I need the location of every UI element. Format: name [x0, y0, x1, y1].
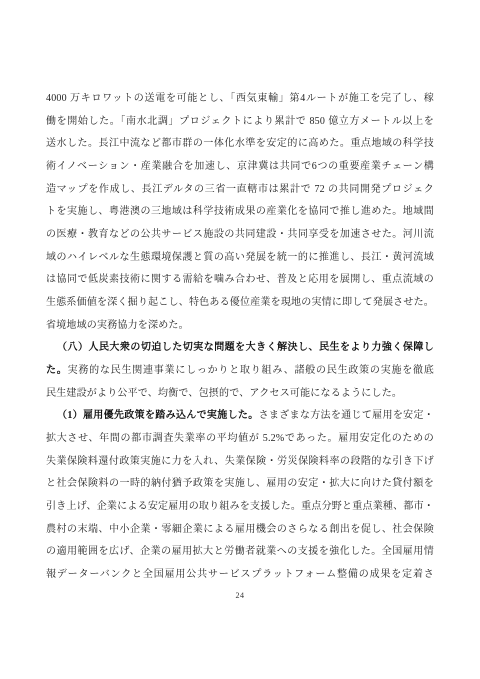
text-segment: 生態系価値を深く掘り起こし、特色ある優位産業を現地の実情に即して発展させた。: [46, 297, 434, 308]
text-block: 4000 万キロワットの送電を可能とし、「西気東輸」第4ルートが施工を完了し、稼…: [46, 88, 434, 587]
text-segment: 拡大させ、年間の都市調査失業率の平均値が 5.2%であった。雇用安定化のための: [46, 433, 434, 444]
bold-text-segment: （八）人民大衆の切迫した切実な問題を大きく解決し、民生をより力強く保障し: [57, 342, 434, 353]
text-segment: 4000 万キロワットの送電を可能とし、「西気東輸」第4ルートが施工を完了し、稼: [46, 93, 434, 104]
document-line: トを実施し、粤港澳の三地域は科学技術成果の産業化を協同で推し進めた。地域間: [46, 201, 434, 224]
document-line: 術イノベーション・産業融合を加速し、京津冀は共同で6つの重要産業チェーン構: [46, 156, 434, 179]
document-line: 働を開始した。「南水北調」プロジェクトにより累計で 850 億立方メートル以上を: [46, 111, 434, 134]
text-segment: トを実施し、粤港澳の三地域は科学技術成果の産業化を協同で推し進めた。地域間: [46, 206, 434, 217]
document-line: 域のハイレベルな生態環境保護と質の高い発展を統一的に推進し、長江・黄河流域: [46, 247, 434, 270]
text-segment: 農村の末端、中小企業・零細企業による雇用機会のさらなる創出を促し、社会保険: [46, 524, 434, 535]
document-line: 民生建設がより公平で、均衡で、包摂的で、アクセス可能になるようにした。: [46, 383, 434, 406]
document-page: 4000 万キロワットの送電を可能とし、「西気東輸」第4ルートが施工を完了し、稼…: [0, 0, 480, 679]
document-line: の医療・教育などの公共サービス施設の共同建設・共同享受を加速させた。河川流: [46, 224, 434, 247]
document-line: （1）雇用優先政策を踏み込んで実施した。さまざまな方法を通じて雇用を安定・: [46, 405, 434, 428]
text-segment: 省境地域の実務協力を深めた。: [46, 320, 189, 331]
text-segment: さまざまな方法を通じて雇用を安定・: [259, 410, 434, 421]
document-line: 引き上げ、企業による安定雇用の取り組みを支援した。重点分野と重点業種、都市・: [46, 496, 434, 519]
document-line: 農村の末端、中小企業・零細企業による雇用機会のさらなる創出を促し、社会保険: [46, 519, 434, 542]
document-line: の適用範囲を広げ、企業の雇用拡大と労働者就業への支援を強化した。全国雇用情: [46, 541, 434, 564]
document-line: 生態系価値を深く掘り起こし、特色ある優位産業を現地の実情に即して発展させた。: [46, 292, 434, 315]
document-line: 省境地域の実務協力を深めた。: [46, 315, 434, 338]
document-line: は協同で低炭素技術に関する需給を噛み合わせ、普及と応用を展開し、重点流域の: [46, 269, 434, 292]
text-segment: 送水した。長江中流など都市群の一体化水準を安定的に高めた。重点地域の科学技: [46, 138, 434, 149]
document-line: 報データーバンクと全国雇用公共サービスプラットフォーム整備の成果を定着さ: [46, 564, 434, 587]
document-line: 送水した。長江中流など都市群の一体化水準を安定的に高めた。重点地域の科学技: [46, 133, 434, 156]
bold-text-segment: た。: [46, 365, 68, 376]
document-line: 造マップを作成し、長江デルタの三省一直轄市は累計で 72 の共同開発プロジェク: [46, 179, 434, 202]
text-segment: の適用範囲を広げ、企業の雇用拡大と労働者就業への支援を強化した。全国雇用情: [46, 546, 434, 557]
document-line: 拡大させ、年間の都市調査失業率の平均値が 5.2%であった。雇用安定化のための: [46, 428, 434, 451]
document-line: （八）人民大衆の切迫した切実な問題を大きく解決し、民生をより力強く保障し: [46, 337, 434, 360]
page-number: 24: [0, 591, 480, 600]
text-segment: 実務的な民生関連事業にしっかりと取り組み、諸般の民生政策の実施を徹底し、: [46, 365, 434, 383]
document-line: 4000 万キロワットの送電を可能とし、「西気東輸」第4ルートが施工を完了し、稼: [46, 88, 434, 111]
text-segment: 域のハイレベルな生態環境保護と質の高い発展を統一的に推進し、長江・黄河流域: [46, 252, 434, 263]
bold-text-segment: （1）雇用優先政策を踏み込んで実施した。: [57, 410, 259, 421]
text-segment: 引き上げ、企業による安定雇用の取り組みを支援した。重点分野と重点業種、都市・: [46, 501, 434, 512]
text-segment: と社会保険料の一時的納付猶予政策を実施し、雇用の安定・拡大に向けた貸付額を: [46, 478, 434, 489]
text-segment: 働を開始した。「南水北調」プロジェクトにより累計で 850 億立方メートル以上を: [46, 116, 434, 127]
text-segment: 術イノベーション・産業融合を加速し、京津冀は共同で6つの重要産業チェーン構: [46, 161, 434, 172]
text-segment: 失業保険料還付政策実施に力を入れ、失業保険・労災保険料率の段階的な引き下げ: [46, 456, 434, 467]
text-segment: 報データーバンクと全国雇用公共サービスプラットフォーム整備の成果を定着さ: [46, 569, 434, 580]
text-segment: 造マップを作成し、長江デルタの三省一直轄市は累計で 72 の共同開発プロジェク: [46, 184, 434, 195]
text-segment: 民生建設がより公平で、均衡で、包摂的で、アクセス可能になるようにした。: [46, 388, 402, 399]
document-line: と社会保険料の一時的納付猶予政策を実施し、雇用の安定・拡大に向けた貸付額を: [46, 473, 434, 496]
text-segment: の医療・教育などの公共サービス施設の共同建設・共同享受を加速させた。河川流: [46, 229, 434, 240]
text-segment: は協同で低炭素技術に関する需給を噛み合わせ、普及と応用を展開し、重点流域の: [46, 274, 434, 285]
document-line: 失業保険料還付政策実施に力を入れ、失業保険・労災保険料率の段階的な引き下げ: [46, 451, 434, 474]
document-line: た。実務的な民生関連事業にしっかりと取り組み、諸般の民生政策の実施を徹底し、: [46, 360, 434, 383]
